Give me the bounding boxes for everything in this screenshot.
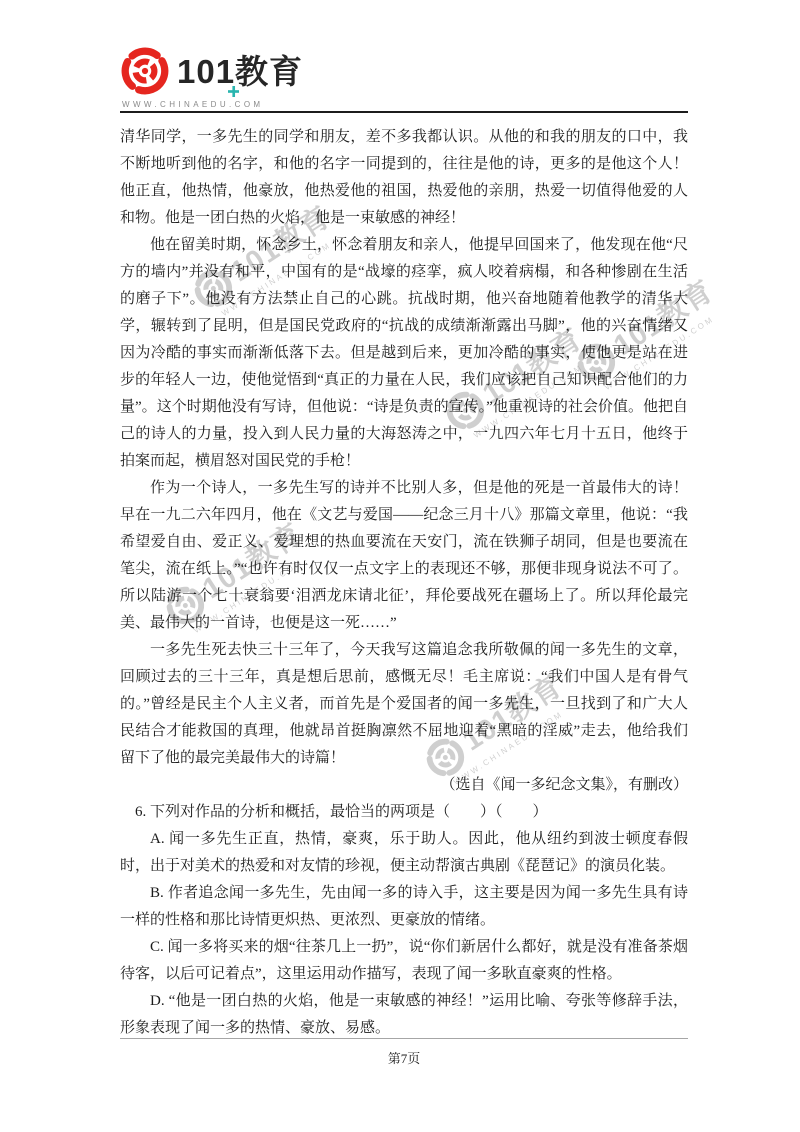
brand-name: 101教育 [177, 55, 303, 88]
article-paragraph: 一多先生死去快三十三年了，今天我写这篇追念我所敬佩的闻一多先生的文章，回顾过去的… [120, 637, 688, 772]
document-page: 101教育 WWW.CHINAEDU.COM 101教育 WWW.CHINAED… [0, 0, 800, 1132]
question-stem: 6. 下列对作品的分析和概括，最恰当的两项是（ ）（ ） [120, 799, 688, 826]
article-paragraph: 他在留美时期，怀念乡土，怀念着朋友和亲人，他提早回国来了，他发现在他“尺方的墙内… [120, 232, 688, 475]
article-paragraph: 作为一个诗人，一多先生写的诗并不比别人多，但是他的死是一首最伟大的诗！早在一九二… [120, 475, 688, 637]
document-content: 清华同学，一多先生的同学和朋友，差不多我都认识。从他的和我的朋友的口中，我不断地… [120, 124, 688, 1042]
footer-divider [120, 1038, 688, 1039]
source-attribution: （选自《闻一多纪念文集》，有删改） [120, 772, 688, 799]
question-option-c: C. 闻一多将买来的烟“往茶几上一扔”，说“你们新居什么都好，就是没有准备茶烟待… [120, 934, 688, 988]
plus-icon [228, 86, 239, 97]
page-header: 101教育 WWW.CHINAEDU.COM [120, 46, 303, 109]
brand-url: WWW.CHINAEDU.COM [122, 100, 303, 109]
question-option-d: D. “他是一团白热的火焰，他是一束敏感的神经！”运用比喻、夸张等修辞手法，形象… [120, 988, 688, 1042]
question-option-a: A. 闻一多先生正直，热情，豪爽，乐于助人。因此，他从纽约到波士顿度春假时，出于… [120, 826, 688, 880]
article-paragraph: 清华同学，一多先生的同学和朋友，差不多我都认识。从他的和我的朋友的口中，我不断地… [120, 124, 688, 232]
header-divider [120, 111, 688, 113]
page-number: 第7页 [120, 1048, 688, 1067]
question-option-b: B. 作者追念闻一多先生，先由闻一多的诗入手，这主要是因为闻一多先生具有诗一样的… [120, 880, 688, 934]
brand-logo-icon [120, 46, 170, 96]
